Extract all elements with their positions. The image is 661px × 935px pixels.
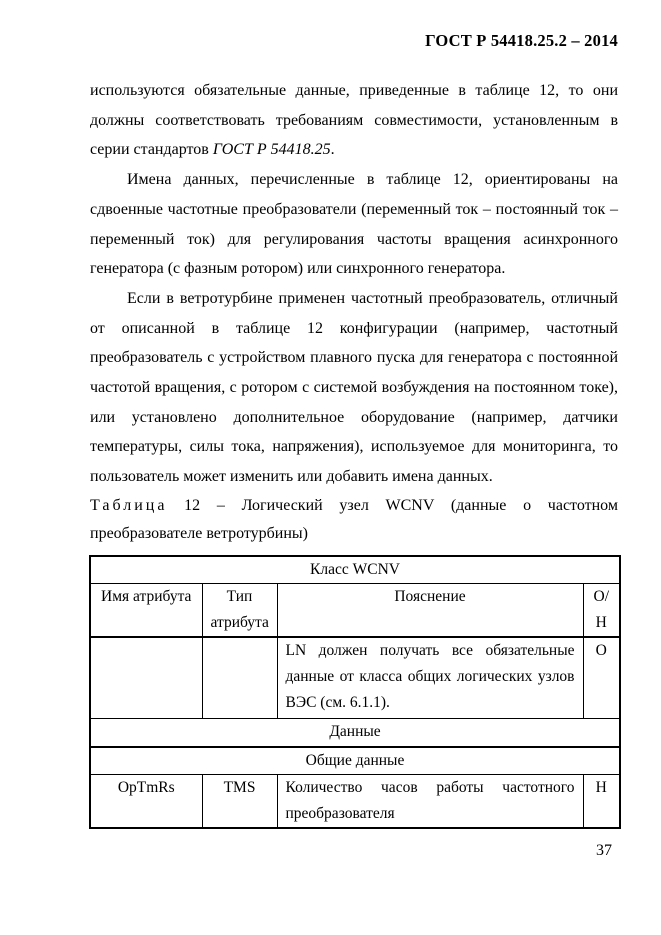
page-content: используются обязательные данные, привед… — [90, 76, 618, 829]
col-header-attribute-name: Имя атрибута — [90, 583, 202, 637]
table-header-row: Имя атрибута Тип атрибута Пояснение О/Н — [90, 583, 620, 637]
cell-ln-description: LN должен получать все обязательные данн… — [277, 637, 583, 719]
table-caption: Таблица 12 – Логический узел WCNV (данны… — [90, 492, 618, 548]
cell-attribute-type: TMS — [202, 774, 277, 828]
cell-attribute-name: OpTmRs — [90, 774, 202, 828]
table-section-row-common-data: Общие данные — [90, 747, 620, 775]
cell-attribute-description: Количество часов работы частотного преоб… — [277, 774, 583, 828]
col-header-attribute-type: Тип атрибута — [202, 583, 277, 637]
document-page: ГОСТ Р 54418.25.2 – 2014 используются об… — [0, 0, 661, 935]
table-row-class: Класс WCNV — [90, 556, 620, 584]
table-row-ln: LN должен получать все обязательные данн… — [90, 637, 620, 719]
cell-ln-mandatory: О — [583, 637, 620, 719]
table-caption-text: 12 – Логический узел WCNV (данные о част… — [90, 497, 618, 542]
cell-ln-type-empty — [202, 637, 277, 719]
table-caption-label: Таблица — [90, 497, 167, 514]
doc-header-standard-number: ГОСТ Р 54418.25.2 – 2014 — [90, 31, 618, 51]
paragraph-3: Если в ветротурбине применен частотный п… — [90, 284, 618, 492]
paragraph-1-text: используются обязательные данные, привед… — [90, 82, 618, 158]
section-title-data: Данные — [90, 718, 620, 747]
cell-ln-name-empty — [90, 637, 202, 719]
col-header-mandatory-optional: О/Н — [583, 583, 620, 637]
table-row-optmrs: OpTmRs TMS Количество часов работы часто… — [90, 774, 620, 828]
standard-reference-italic: ГОСТ Р 54418.25 — [213, 141, 331, 158]
paragraph-1: используются обязательные данные, привед… — [90, 76, 618, 165]
table-section-row-data: Данные — [90, 718, 620, 747]
paragraph-1-period: . — [331, 141, 335, 158]
cell-attribute-mandatory: Н — [583, 774, 620, 828]
paragraph-2: Имена данных, перечисленные в таблице 12… — [90, 165, 618, 284]
page-number: 37 — [90, 842, 612, 860]
col-header-explanation: Пояснение — [277, 583, 583, 637]
wcnv-table: Класс WCNV Имя атрибута Тип атрибута Поя… — [89, 555, 621, 829]
table-class-title: Класс WCNV — [90, 556, 620, 584]
section-title-common-data: Общие данные — [90, 747, 620, 775]
